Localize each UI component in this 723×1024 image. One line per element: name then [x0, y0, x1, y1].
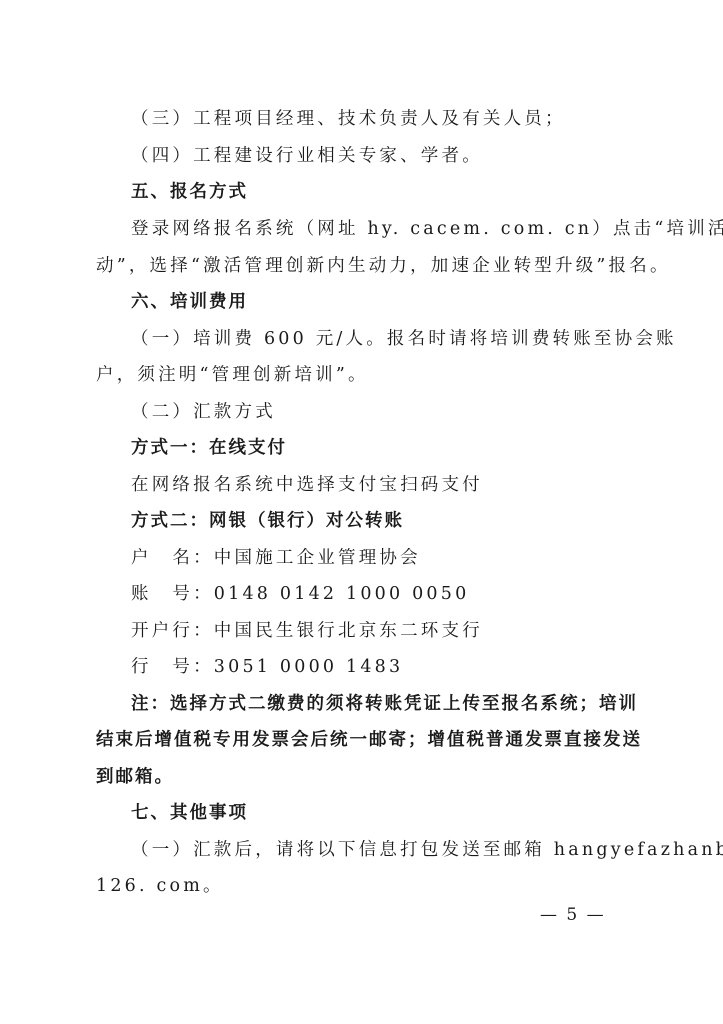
- paragraph-line: 登录网络报名系统（网址 hy. cacem. com. cn）点击“培训活: [131, 217, 723, 241]
- paragraph-line: 开户行：中国民生银行北京东二环支行: [131, 619, 483, 643]
- paragraph-line: 动”，选择“激活管理创新内生动力，加速企业转型升级”报名。: [96, 254, 671, 278]
- paragraph-line: （四）工程建设行业相关专家、学者。: [131, 144, 483, 168]
- section-heading-line: 七、其他事项: [131, 801, 248, 825]
- paragraph-line: 在网络报名系统中选择支付宝扫码支付: [131, 473, 483, 497]
- section-heading-line: 六、培训费用: [131, 290, 248, 314]
- section-heading-line: 到邮箱。: [96, 765, 174, 789]
- paragraph-line: 户，须注明“管理创新培训”。: [96, 363, 369, 387]
- section-heading-line: 五、报名方式: [131, 180, 248, 204]
- page-number: — 5 —: [540, 905, 606, 925]
- section-heading-line: 方式一：在线支付: [131, 436, 287, 460]
- paragraph-line: 户 名：中国施工企业管理协会: [131, 546, 421, 570]
- section-heading-line: 方式二：网银（银行）对公转账: [131, 509, 404, 533]
- paragraph-line: 126. com。: [96, 874, 224, 898]
- paragraph-line: 账 号：0148 0142 1000 0050: [131, 582, 469, 606]
- section-heading-line: 注：选择方式二缴费的须将转账凭证上传至报名系统；培训: [131, 692, 638, 716]
- section-heading-line: 结束后增值税专用发票会后统一邮寄；增值税普通发票直接发送: [96, 728, 642, 752]
- paragraph-line: 行 号：3051 0000 1483: [131, 655, 403, 679]
- paragraph-line: （三）工程项目经理、技术负责人及有关人员；: [131, 107, 566, 131]
- paragraph-line: （二）汇款方式: [131, 400, 276, 424]
- paragraph-line: （一）汇款后，请将以下信息打包发送至邮箱 hangyefazhanbu@: [131, 838, 723, 862]
- paragraph-line: （一）培训费 600 元/人。报名时请将培训费转账至协会账: [131, 327, 677, 351]
